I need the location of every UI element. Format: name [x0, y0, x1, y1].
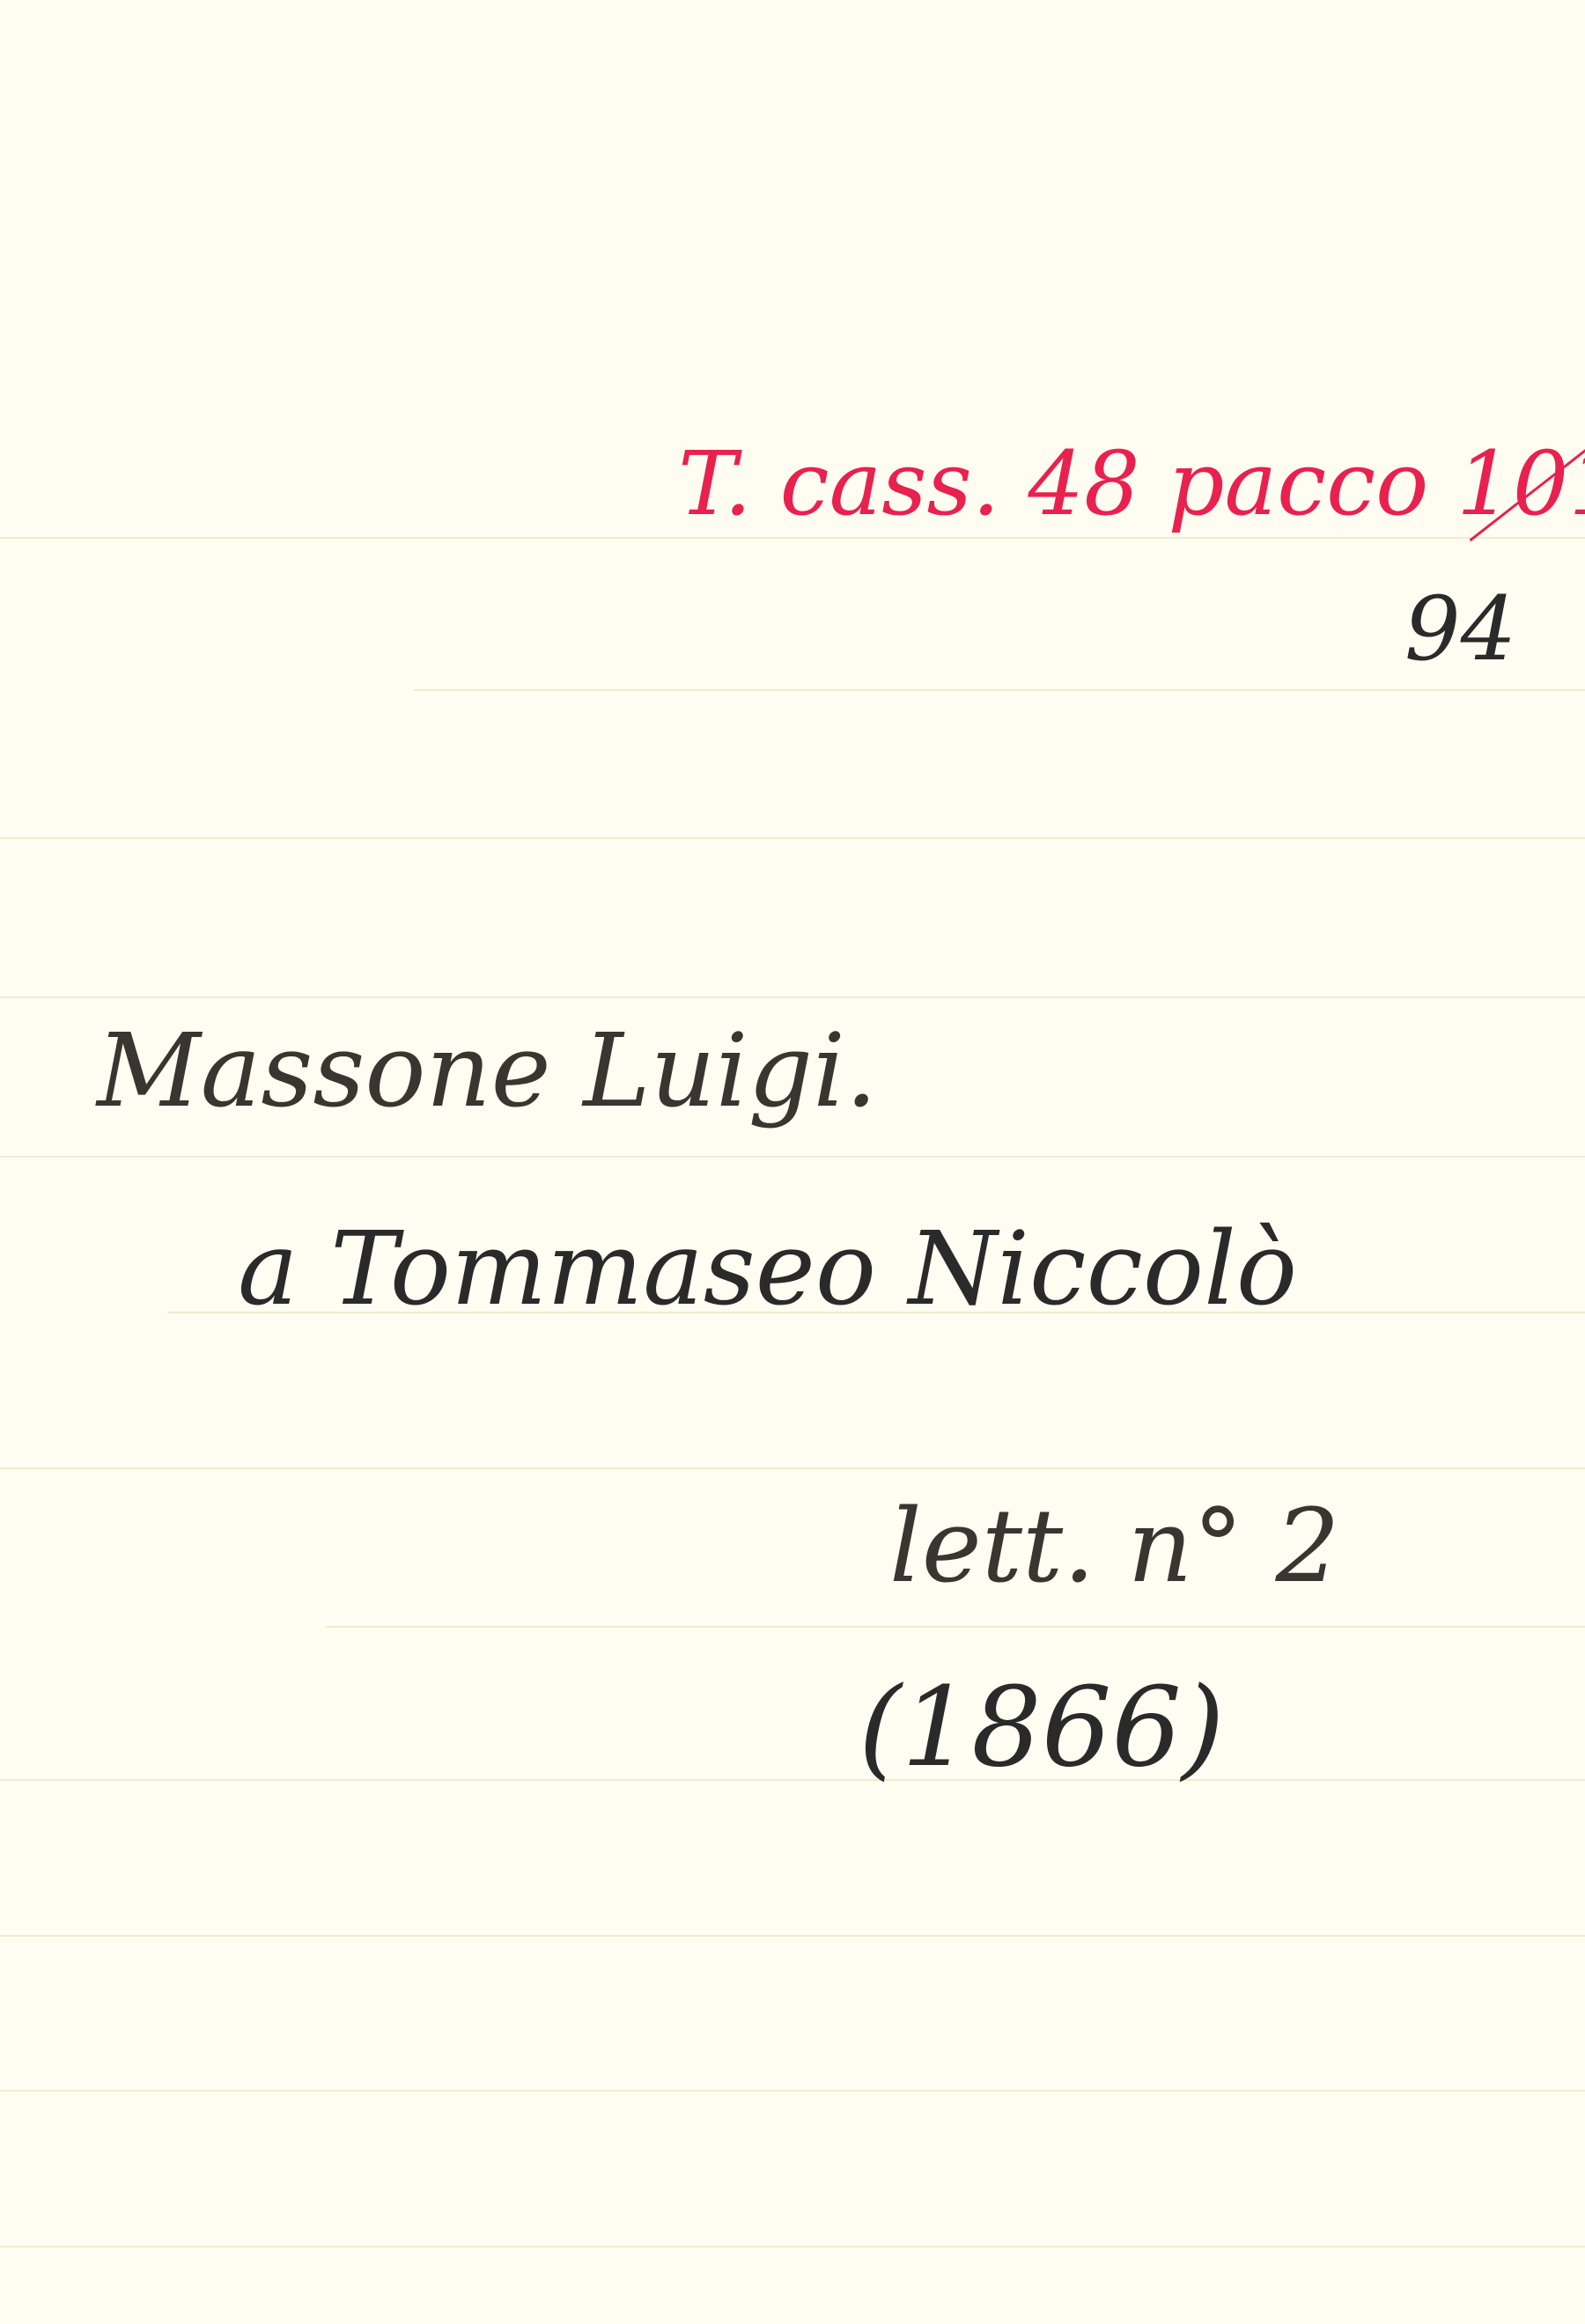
rule-line — [0, 1467, 1585, 1469]
rule-line — [0, 2246, 1585, 2247]
rule-line — [0, 1779, 1585, 1781]
letter-count: lett. n° 2 — [889, 1497, 1340, 1598]
rule-line — [0, 537, 1585, 539]
rule-line — [0, 837, 1585, 839]
shelfmark-prefix: T. cass. 48 pacco — [678, 432, 1428, 535]
recipient-name: a Tommaseo Niccolò — [238, 1219, 1297, 1320]
shelfmark: T. cass. 48 pacco 101. — [678, 440, 1585, 528]
rule-line — [326, 1626, 1585, 1628]
rule-line — [0, 1935, 1585, 1937]
rule-line — [414, 689, 1585, 691]
rule-line — [0, 997, 1585, 998]
corrected-number: 94 — [1404, 585, 1516, 673]
rule-line — [0, 1156, 1585, 1158]
year: (1866) — [859, 1673, 1225, 1783]
sender-name: Massone Luigi. — [97, 1021, 877, 1122]
struck-number: 101 — [1456, 440, 1585, 528]
rule-line — [0, 2090, 1585, 2092]
